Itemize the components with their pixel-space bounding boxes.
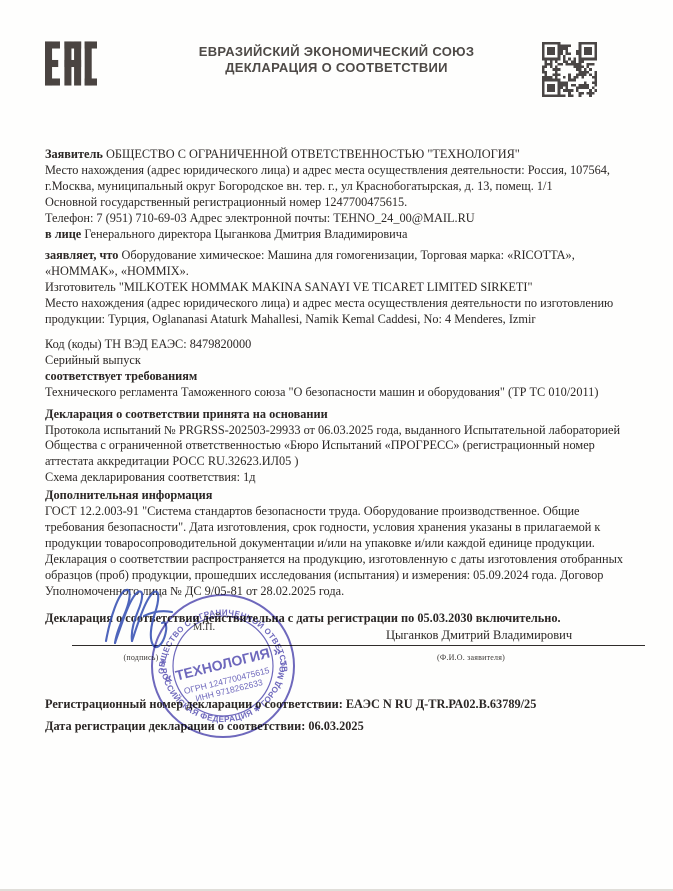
codes-paragraph: Код (коды) ТН ВЭД ЕАЭС: 8479820000 Серий… [45, 337, 634, 401]
declaration-document: ЕВРАЗИЙСКИЙ ЭКОНОМИЧЕСКИЙ СОЮЗ ДЕКЛАРАЦИ… [0, 0, 673, 891]
document-body: Заявитель ОБЩЕСТВО С ОГРАНИЧЕННОЙ ОТВЕТС… [45, 147, 634, 627]
in-person-label: в лице [45, 227, 81, 241]
company-stamp: ОБЩЕСТВО С ОГРАНИЧЕННОЙ ОТВЕТСТВЕННОСТЬЮ… [148, 591, 298, 741]
in-person-name: Генерального директора Цыганкова Дмитрия… [84, 227, 407, 241]
basis-label: Декларация о соответствии принята на осн… [45, 407, 328, 421]
applicant-name: ОБЩЕСТВО С ОГРАНИЧЕННОЙ ОТВЕТСТВЕННОСТЬЮ… [106, 147, 520, 161]
applicant-ogrn: Основной государственный регистрационный… [45, 195, 407, 209]
tnved-code: Код (коды) ТН ВЭД ЕАЭС: 8479820000 [45, 337, 251, 351]
document-title: ЕВРАЗИЙСКИЙ ЭКОНОМИЧЕСКИЙ СОЮЗ ДЕКЛАРАЦИ… [120, 44, 553, 75]
basis-text: Протокола испытаний № PRGRSS-202503-2993… [45, 423, 620, 469]
title-union: ЕВРАЗИЙСКИЙ ЭКОНОМИЧЕСКИЙ СОЮЗ [120, 44, 553, 60]
title-declaration: ДЕКЛАРАЦИЯ О СООТВЕТСТВИИ [120, 60, 553, 76]
additional-info-label: Дополнительная информация [45, 488, 212, 502]
basis-paragraph: Декларация о соответствии принята на осн… [45, 407, 634, 487]
declaration-scheme: Схема декларирования соответствия: 1д [45, 470, 256, 484]
manufacturer: Изготовитель "MILKOTEK HOMMAK MAKINA SAN… [45, 280, 533, 294]
applicant-phone-email: Телефон: 7 (951) 710-69-03 Адрес электро… [45, 211, 475, 225]
applicant-label: Заявитель [45, 147, 103, 161]
signatory-name-caption: (Ф.И.О. заявителя) [396, 650, 546, 666]
compliance-label: соответствует требованиям [45, 369, 197, 383]
product-description: Оборудование химическое: Машина для гомо… [45, 248, 575, 278]
applicant-address: Место нахождения (адрес юридического лиц… [45, 163, 610, 193]
subject-paragraph: заявляет, что Оборудование химическое: М… [45, 248, 634, 328]
qr-code-icon [542, 42, 597, 97]
manufacturer-address: Место нахождения (адрес юридического лиц… [45, 296, 613, 326]
declares-label: заявляет, что [45, 248, 118, 262]
compliance-text: Технического регламента Таможенного союз… [45, 385, 598, 399]
signatory-name: Цыганков Дмитрий Владимирович [386, 628, 572, 644]
release-type: Серийный выпуск [45, 353, 141, 367]
applicant-paragraph: Заявитель ОБЩЕСТВО С ОГРАНИЧЕННОЙ ОТВЕТС… [45, 147, 634, 242]
eac-mark-icon [45, 41, 97, 86]
